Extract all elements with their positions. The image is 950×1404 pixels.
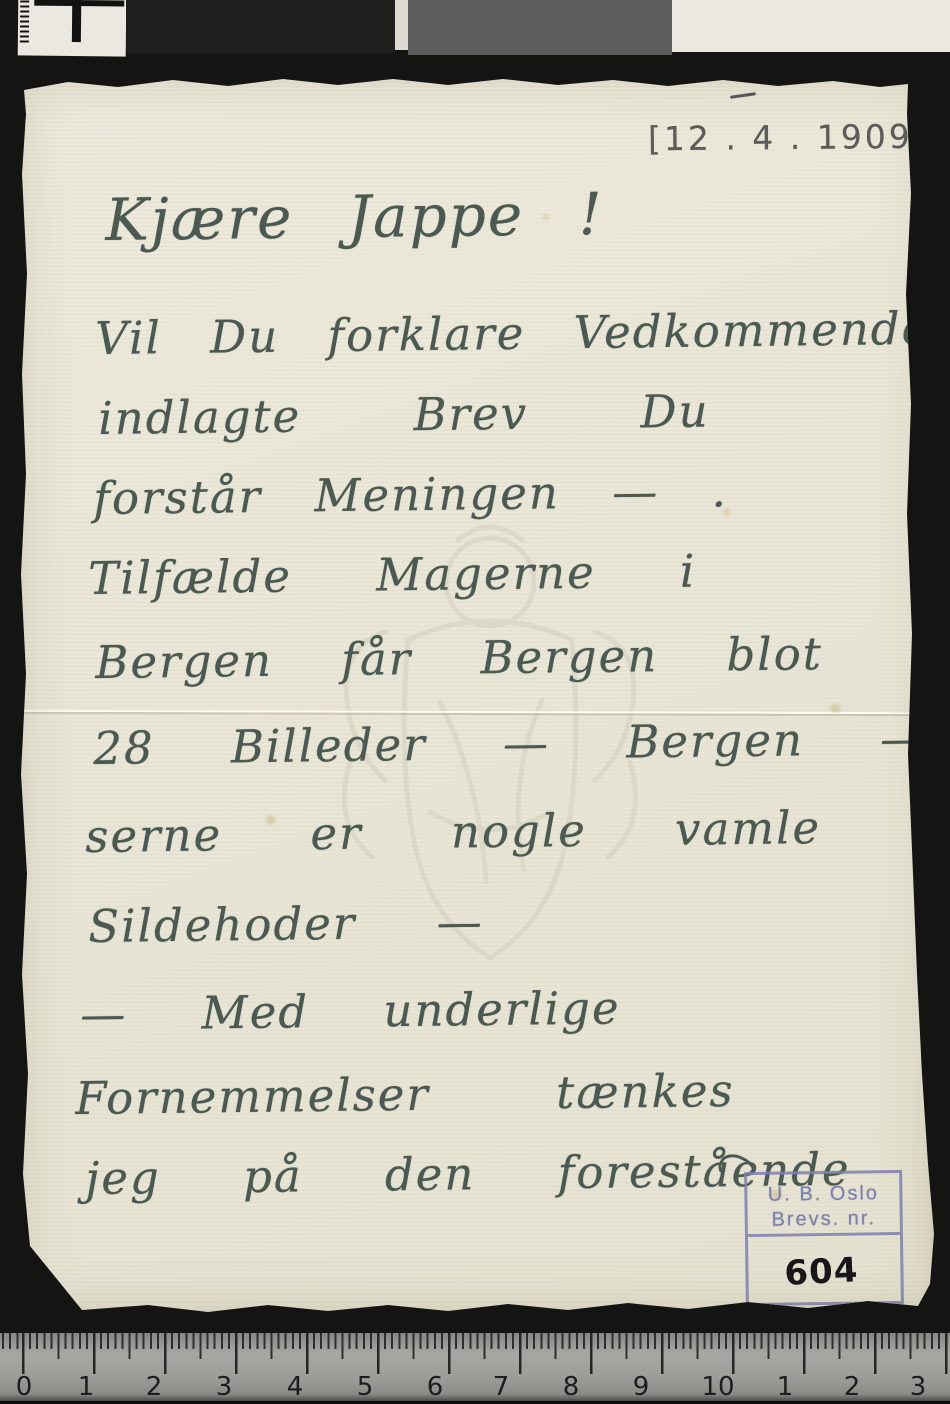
grayscale-patch-black bbox=[126, 0, 395, 53]
ruler-label: 7 bbox=[493, 1372, 510, 1402]
handwritten-line: — Med underlige bbox=[80, 981, 621, 1041]
ruler-label: 1 bbox=[78, 1372, 95, 1402]
scale-tick bbox=[20, 35, 29, 37]
scanned-letter-page: [12 . 4 . 1909] Kjære Jappe ! Vil Du for… bbox=[0, 0, 950, 1404]
stamp-line-1: U. B. Oslo bbox=[747, 1181, 899, 1208]
stamp-number: 604 bbox=[784, 1250, 860, 1294]
ruler-label: 2 bbox=[844, 1372, 861, 1402]
crosshair-vertical-bar bbox=[72, 0, 81, 42]
ruler-label: 6 bbox=[427, 1372, 444, 1402]
handwritten-line: Fornemmelser tænkes bbox=[75, 1064, 735, 1125]
library-stamp: U. B. Oslo Brevs. nr. 604 bbox=[744, 1170, 904, 1306]
ruler-label: 4 bbox=[287, 1372, 304, 1402]
scale-tick bbox=[20, 30, 29, 32]
handwritten-line: serne er nogle vamle bbox=[85, 801, 821, 863]
paper-texture bbox=[18, 74, 934, 1314]
ruler-label: 10 bbox=[701, 1372, 734, 1402]
handwritten-line: Bergen får Bergen blot bbox=[95, 627, 823, 689]
scale-tick bbox=[20, 40, 29, 42]
handwritten-line: indlagte Brev Du bbox=[98, 385, 710, 445]
handwritten-line: forstår Meningen — . bbox=[93, 464, 728, 525]
handwritten-line: Kjære Jappe ! bbox=[105, 180, 604, 254]
handwritten-line: Vil Du forklare Vedkommende bbox=[95, 302, 931, 365]
ruler-label: 9 bbox=[633, 1372, 650, 1402]
ruler-label: 2 bbox=[146, 1372, 163, 1402]
calibration-card bbox=[18, 0, 127, 57]
ruler-label: 8 bbox=[563, 1372, 580, 1402]
paper-edge-shading bbox=[18, 74, 934, 1314]
scale-tick bbox=[20, 10, 29, 12]
grayscale-patch-gray bbox=[408, 0, 672, 55]
ruler-centimeter-ticks bbox=[0, 1333, 950, 1374]
foxing-stain bbox=[830, 704, 841, 713]
archival-date-annotation: [12 . 4 . 1909] bbox=[648, 117, 929, 158]
pencil-mark bbox=[730, 92, 756, 99]
ruler-label: 3 bbox=[910, 1372, 927, 1402]
ruler-label: 1 bbox=[777, 1372, 794, 1402]
ruler: 0 1 2 3 4 5 6 7 8 9 10 1 2 3 bbox=[0, 1333, 950, 1404]
ruler-label: 5 bbox=[357, 1372, 374, 1402]
handwritten-line: 28 Billeder — Bergen — bbox=[93, 712, 928, 775]
handwritten-line: Sildehoder — bbox=[88, 895, 484, 953]
grayscale-patch-white bbox=[672, 0, 950, 52]
handwritten-line: Tilfælde Magerne i bbox=[88, 545, 697, 605]
scale-tick bbox=[20, 20, 29, 22]
ruler-label: 3 bbox=[216, 1372, 233, 1402]
scale-tick bbox=[20, 15, 29, 17]
stamp-line-2: Brevs. nr. bbox=[748, 1206, 900, 1233]
scale-tick bbox=[20, 5, 29, 7]
library-stamp-text: U. B. Oslo Brevs. nr. bbox=[747, 1173, 900, 1237]
scale-tick bbox=[20, 0, 29, 2]
letter-paper: [12 . 4 . 1909] Kjære Jappe ! Vil Du for… bbox=[18, 74, 934, 1314]
grayscale-patch-gap bbox=[395, 0, 408, 50]
scale-tick bbox=[20, 25, 29, 27]
ruler-label: 0 bbox=[16, 1372, 33, 1402]
